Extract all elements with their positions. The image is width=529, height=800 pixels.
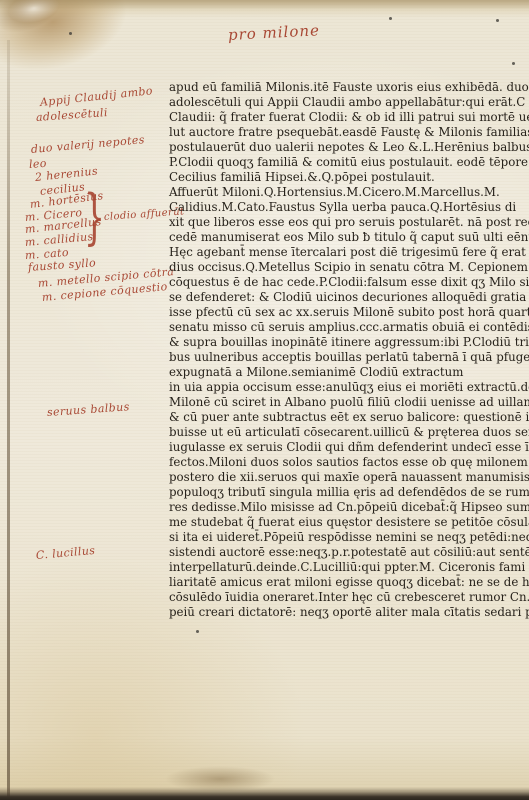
printed-text-line: P.Clodii quoqʒ familiā & comitū eius pos…: [169, 155, 517, 170]
printed-text-line: Calidius.M.Cato.Faustus Sylla uerba pauc…: [169, 200, 517, 215]
printed-text-line: dius occisus.Q.Metellus Scipio in senatu…: [169, 260, 517, 275]
printed-text-line: apud eū familiā Milonis.itē Fauste uxori…: [169, 80, 517, 95]
printed-text-line: Hęc agebant̄ mense ītercalari post diē t…: [169, 245, 517, 260]
ink-speck: [69, 32, 72, 35]
printed-text-line: cedē manumiserat eos Milo sub ƀ titulo q…: [169, 230, 517, 245]
ink-speck: [196, 630, 199, 633]
printed-text-line: populoqʒ tributī singula millia ęris ad …: [169, 485, 517, 500]
printed-text-line: cōsulēdo īuidia oneraret.Inter hęc cū cr…: [169, 590, 517, 605]
page-bottom-edge-shadow: [0, 787, 529, 800]
printed-text-line: postulauerūt duo ualerii nepotes & Leo &…: [169, 140, 517, 155]
printed-text-line: res dedisse.Milo misisse ad Cn.pōpeiū di…: [169, 500, 517, 515]
printed-text-line: sistendi auctorē esse:neqʒ.p.r.potestatē…: [169, 545, 517, 560]
printed-text-line: in uia appia occisum esse:anulūqʒ eius e…: [169, 380, 517, 395]
ink-speck: [496, 19, 499, 22]
page-top-edge-shadow: [0, 0, 529, 10]
printed-text-line: se defenderet: & Clodiū uicinos decurion…: [169, 290, 517, 305]
printed-text-block: apud eū familiā Milonis.itē Fauste uxori…: [169, 80, 517, 620]
ink-speck: [389, 17, 392, 20]
margin-note-leo: leo: [29, 157, 48, 171]
printed-text-line: interpellaturū.deinde.C.Lucilliū:qui ppt…: [169, 560, 517, 575]
printed-text-line: buisse ut eū articulatī cōsecarent.uilli…: [169, 425, 517, 440]
printed-text-line: postero die xii.seruos qui maxīe operā n…: [169, 470, 517, 485]
printed-text-line: Milonē cū sciret in Albano puolū filiū c…: [169, 395, 517, 410]
margin-note-lucillus: C. lucillus: [35, 544, 95, 562]
margin-note-appii-claudii: Appij Claudij ambo: [39, 84, 153, 109]
printed-text-line: me studebat q̃ fuerat eius quęstor desis…: [169, 515, 517, 530]
printed-text-line: adolescētuli qui Appii Claudii ambo appe…: [169, 95, 517, 110]
handwritten-title-note: pro milone: [228, 21, 321, 44]
printed-text-line: fectos.Miloni duos solos sautios factos …: [169, 455, 517, 470]
printed-text-line: iugulasse ex seruis Clodii qui dñm defen…: [169, 440, 517, 455]
printed-text-line: Cecilius familiā Hipsei.&.Q.pōpei postul…: [169, 170, 517, 185]
margin-brace: }: [84, 184, 105, 250]
margin-note-seruus-balbus: seruus balbus: [47, 400, 131, 419]
printed-text-line: si ita ei uideret̄.Pōpeiū respōdisse nem…: [169, 530, 517, 545]
page-gutter-line: [7, 40, 10, 800]
printed-text-line: & supra bouillas inopinātē itinere aggre…: [169, 335, 517, 350]
printed-text-line: Claudii: q̃ frater fuerat Clodii: & ob i…: [169, 110, 517, 125]
printed-text-line: Affuerūt Miloni.Q.Hortensius.M.Cicero.M.…: [169, 185, 517, 200]
margin-note-valerii-nepotes: duo valerij nepotes: [30, 133, 145, 156]
printed-text-line: senatu misso cū seruis amplius.ccc.armat…: [169, 320, 517, 335]
printed-text-line: & cū puer ante subtractus eēt ex seruo b…: [169, 410, 517, 425]
printed-text-line: xit que liberos esse eos qui pro seruis …: [169, 215, 517, 230]
printed-text-line: cōquestus ē de hac cede.P.Clodii:falsum …: [169, 275, 517, 290]
printed-text-line: expugnatā a Milone.semianimē Clodiū extr…: [169, 365, 517, 380]
printed-text-line: peiū creari dictatorē: neqʒ oportē alite…: [169, 605, 517, 620]
printed-text-line: bus uulneribus acceptis bouillas perlatū…: [169, 350, 517, 365]
printed-text-line: isse pfectū cū sex ac xx.seruis Milonē s…: [169, 305, 517, 320]
printed-text-line: lut auctore fratre psequebāt.easdē Faust…: [169, 125, 517, 140]
ink-speck: [512, 62, 515, 65]
margin-note-adolescentuli: adolescētuli: [36, 106, 109, 124]
printed-text-line: liaritatē amicus erat miloni egisse quoq…: [169, 575, 517, 590]
scanned-book-page: pro milone Appij Claudij ambo adolescētu…: [0, 0, 529, 800]
